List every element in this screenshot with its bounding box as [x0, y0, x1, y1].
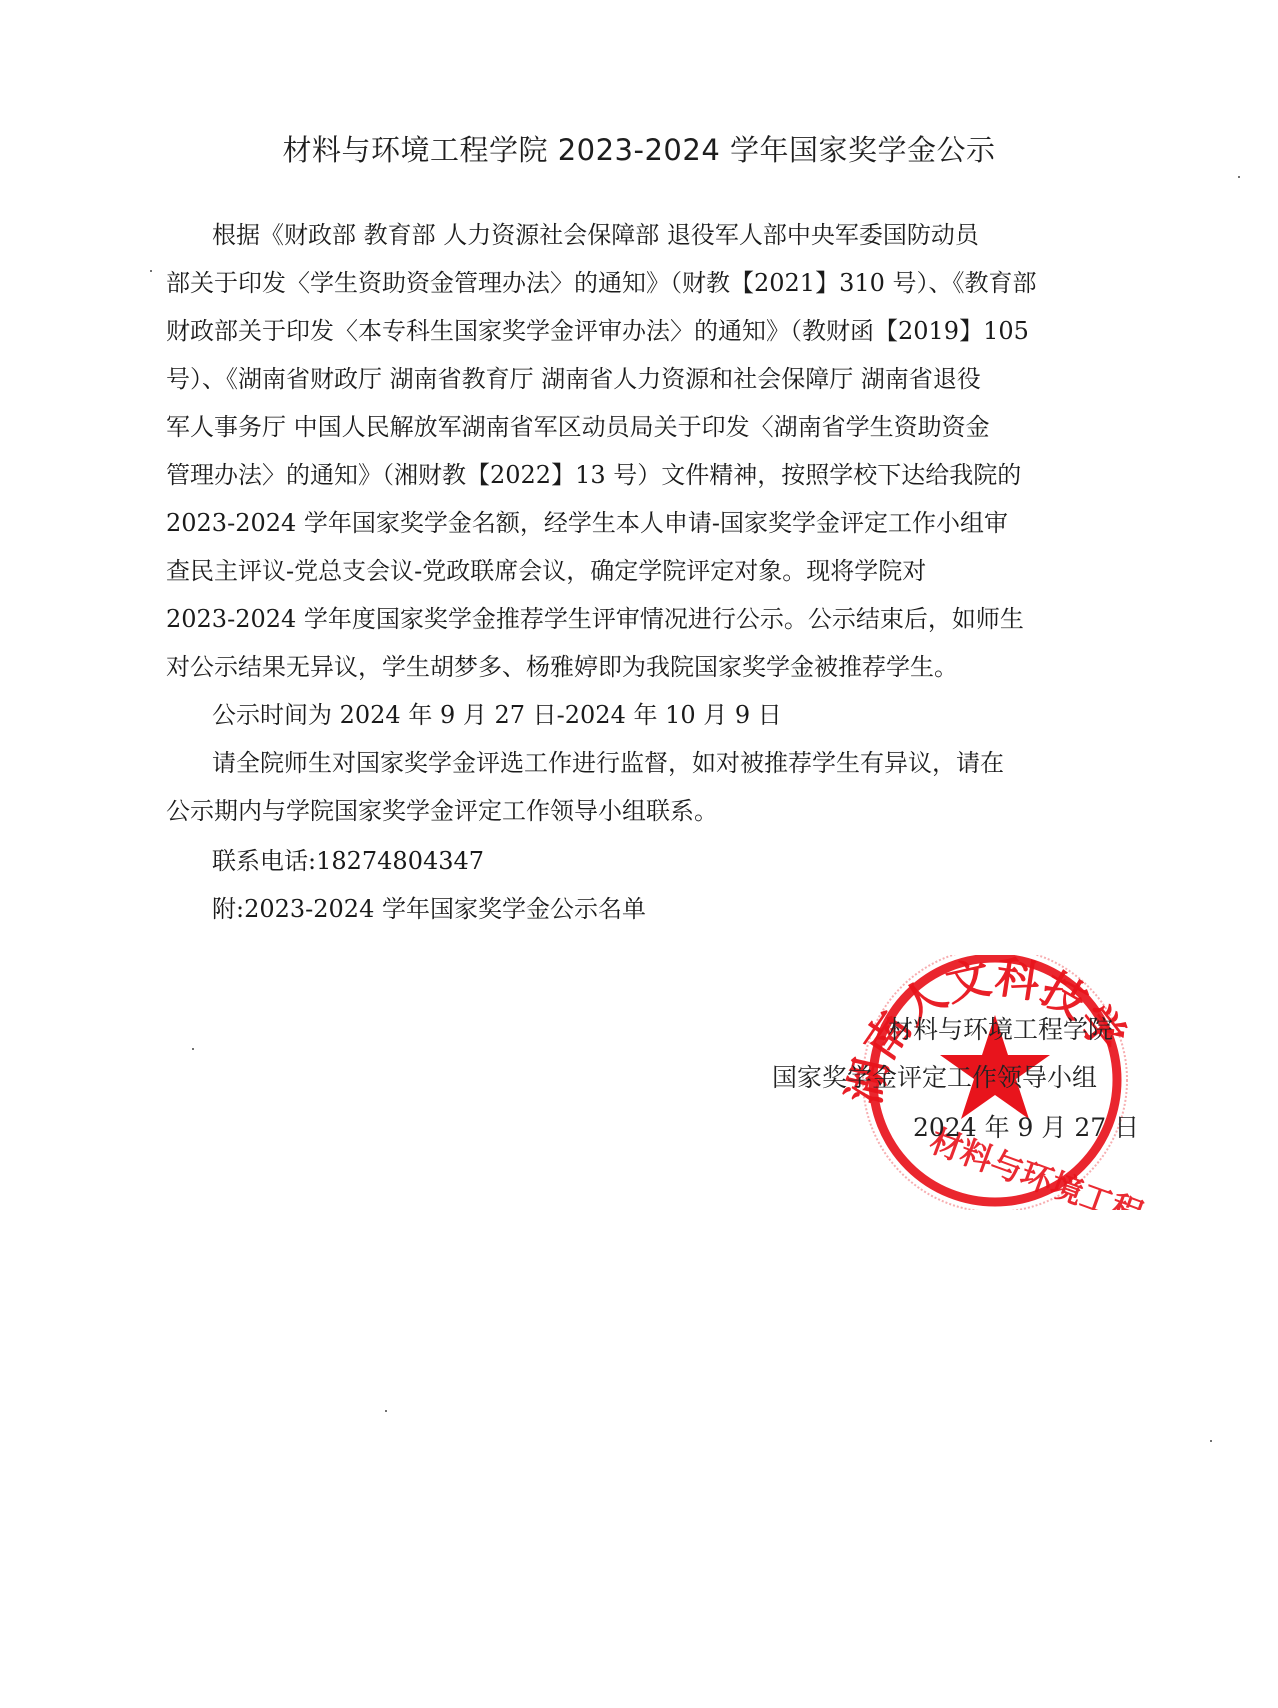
body-line: 管理办法〉的通知》（湘财教【2022】13 号）文件精神，按照学校下达给我院的	[166, 460, 1021, 490]
contact-phone: 联系电话:18274804347	[212, 846, 484, 876]
scan-speck	[192, 1048, 194, 1050]
scan-speck	[1238, 176, 1240, 178]
notice-period: 公示时间为 2024 年 9 月 27 日-2024 年 10 月 9 日	[212, 700, 782, 730]
page-title: 材料与环境工程学院 2023-2024 学年国家奖学金公示	[0, 128, 1278, 169]
body-line: 2023-2024 学年度国家奖学金推荐学生评审情况进行公示。公示结束后，如师生	[166, 604, 1024, 634]
body-line: 号）、《湖南省财政厅 湖南省教育厅 湖南省人力资源和社会保障厅 湖南省退役	[166, 364, 981, 394]
scan-speck	[385, 1410, 387, 1412]
body-line: 根据《财政部 教育部 人力资源社会保障部 退役军人部中央军委国防动员	[212, 220, 979, 250]
body-line: 2023-2024 学年国家奖学金名额，经学生本人申请-国家奖学金评定工作小组审	[166, 508, 1008, 538]
body-line: 财政部关于印发〈本专科生国家奖学金评审办法〉的通知》（教财函【2019】105	[166, 316, 1029, 346]
body-line: 部关于印发〈学生资助资金管理办法〉的通知》（财教【2021】310 号）、《教育…	[166, 268, 1037, 298]
body-line: 军人事务厅 中国人民解放军湖南省军区动员局关于印发〈湖南省学生资助资金	[166, 412, 990, 442]
body-line: 公示期内与学院国家奖学金评定工作领导小组联系。	[166, 796, 718, 826]
signature-date: 2024 年 9 月 27 日	[913, 1108, 1139, 1144]
body-line: 查民主评议-党总支会议-党政联席会议，确定学院评定对象。现将学院对	[166, 556, 926, 586]
signature-org: 材料与环境工程学院	[888, 1010, 1113, 1046]
attachment-line: 附:2023-2024 学年国家奖学金公示名单	[212, 894, 646, 924]
scan-speck	[150, 270, 152, 272]
scan-speck	[1210, 1440, 1212, 1442]
body-line: 对公示结果无异议，学生胡梦多、杨雅婷即为我院国家奖学金被推荐学生。	[166, 652, 958, 682]
body-line: 请全院师生对国家奖学金评选工作进行监督，如对被推荐学生有异议，请在	[212, 748, 1004, 778]
signature-group: 国家奖学金评定工作领导小组	[772, 1058, 1097, 1094]
